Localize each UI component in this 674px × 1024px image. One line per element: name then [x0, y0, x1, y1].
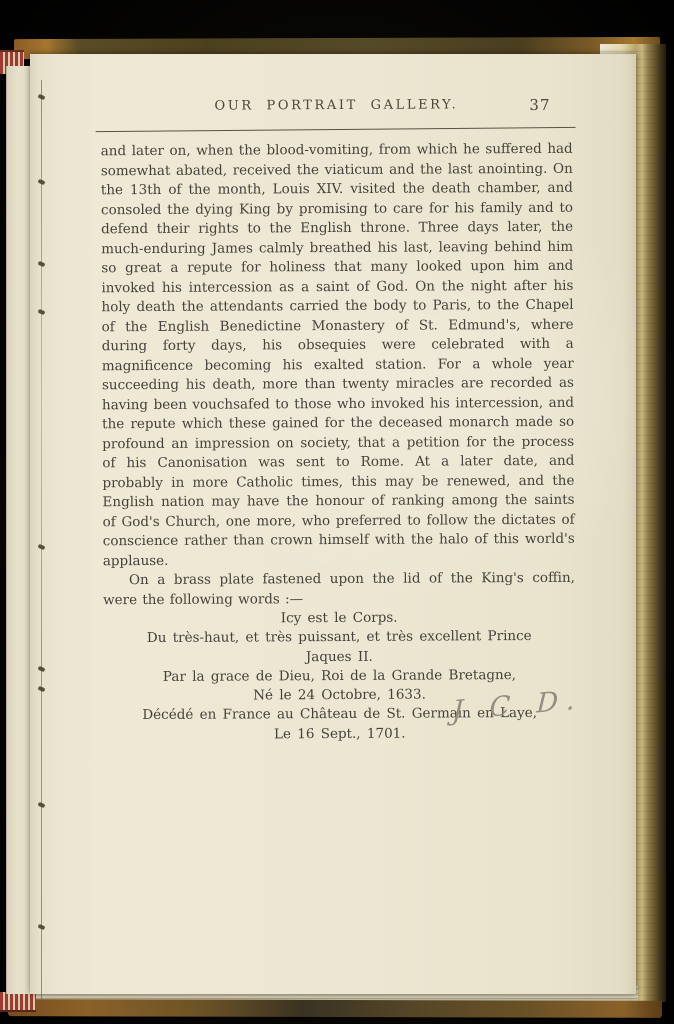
binding-stitch — [37, 309, 45, 316]
header-rule — [96, 127, 576, 132]
binding-stitch — [37, 666, 45, 673]
scanned-book-photo: OUR PORTRAIT GALLERY. 37 and later on, w… — [0, 0, 674, 1024]
page-number: 37 — [529, 96, 550, 114]
binding-stitch — [37, 261, 45, 268]
book-page: OUR PORTRAIT GALLERY. 37 and later on, w… — [30, 54, 636, 994]
facing-page-edge — [6, 66, 33, 994]
binding-stitch — [37, 924, 45, 931]
binding-stitch — [37, 179, 45, 186]
body-paragraph: and later on, when the blood-vomiting, f… — [101, 140, 575, 571]
binding-stitch — [37, 94, 45, 101]
headband-bottom — [0, 992, 36, 1012]
inscription-line: Du très-haut, et très puissant, et très … — [103, 627, 575, 649]
page-title: OUR PORTRAIT GALLERY. — [215, 97, 459, 113]
inscription-line: Icy est le Corps. — [103, 608, 575, 630]
book-bottom-cover-edge — [8, 999, 662, 1018]
body-paragraph: On a brass plate fastened upon the lid o… — [103, 569, 575, 610]
binding-stitch — [37, 686, 45, 693]
running-header: OUR PORTRAIT GALLERY. 37 — [100, 97, 572, 117]
binding-stitch — [37, 802, 45, 809]
inscription-line: Par la grace de Dieu, Roi de la Grande B… — [103, 666, 575, 688]
inscription-line: Jaques II. — [103, 646, 575, 668]
inscription-line: Le 16 Sept., 1701. — [104, 724, 576, 746]
text-column: OUR PORTRAIT GALLERY. 37 and later on, w… — [100, 53, 576, 746]
coffin-inscription: Icy est le Corps. Du très-haut, et très … — [103, 608, 576, 746]
binding-stitch — [37, 544, 45, 551]
